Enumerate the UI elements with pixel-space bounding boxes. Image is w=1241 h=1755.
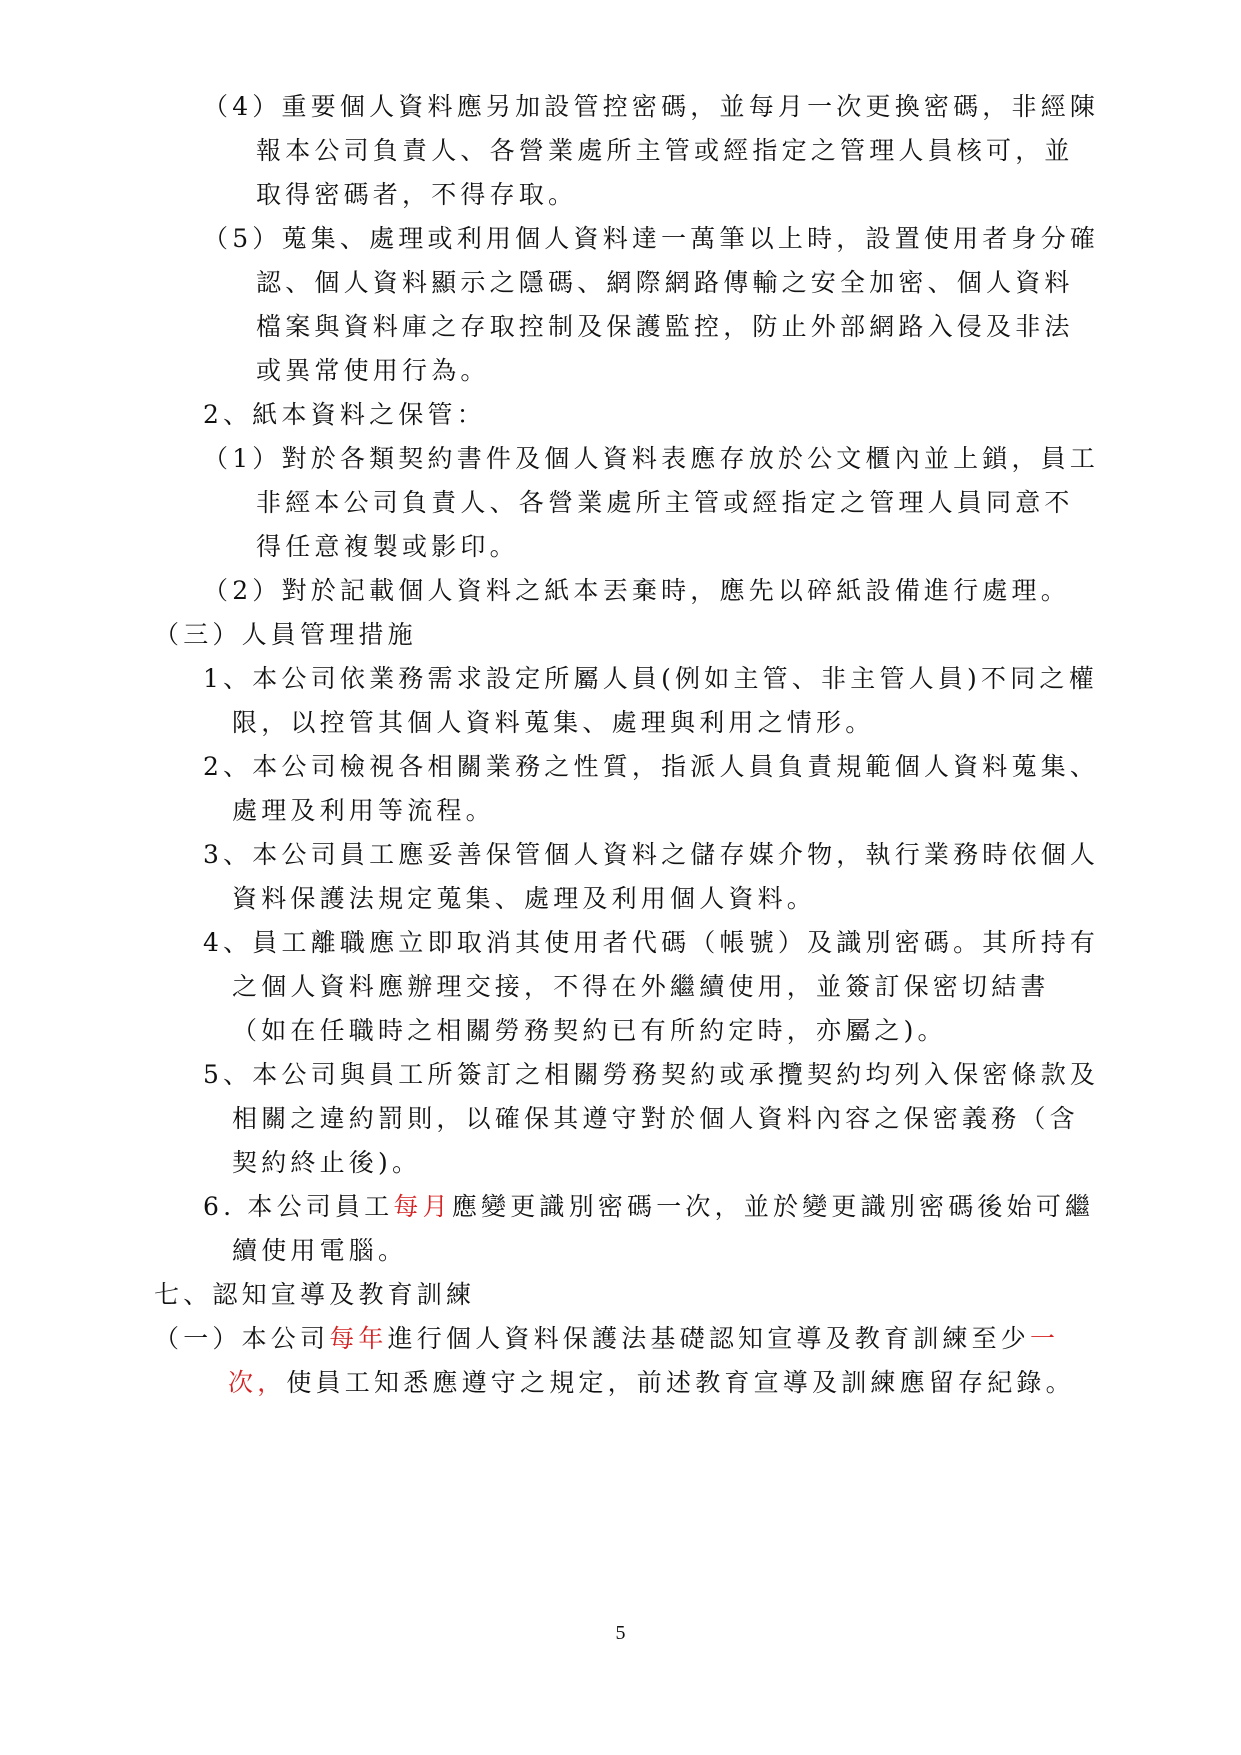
staff-item-6-line-1: 6. 本公司員工每月應變更識別密碼一次，並於變更識別密碼後始可繼: [203, 1192, 1094, 1222]
chapter-7-heading: 七、認知宣導及教育訓練: [154, 1280, 475, 1310]
page-number: 5: [0, 1622, 1241, 1645]
section-2-heading: 2、紙本資料之保管：: [203, 400, 486, 430]
item-5-line-4: 或異常使用行為。: [256, 356, 490, 386]
staff-item-2-line-1: 2、本公司檢視各相關業務之性質，指派人員負責規範個人資料蒐集、: [203, 752, 1099, 782]
paper-item-1-line-2: 非經本公司負責人、各營業處所主管或經指定之管理人員同意不: [256, 488, 1074, 518]
staff-item-5-line-2: 相關之違約罰則，以確保其遵守對於個人資料內容之保密義務（含: [232, 1104, 1079, 1134]
item-4-line-1: （4）重要個人資料應另加設管控密碼，並每月一次更換密碼，非經陳: [203, 92, 1099, 122]
paper-item-1-line-1: （1）對於各類契約書件及個人資料表應存放於公文櫃內並上鎖，員工: [203, 444, 1099, 474]
staff-item-4-line-1: 4、員工離職應立即取消其使用者代碼（帳號）及識別密碼。其所持有: [203, 928, 1099, 958]
document-page: （4）重要個人資料應另加設管控密碼，並每月一次更換密碼，非經陳 報本公司負責人、…: [0, 0, 1241, 1755]
text-segment: 應變更識別密碼一次，並於變更識別密碼後始可繼: [452, 1192, 1094, 1221]
highlight-once: 一: [1030, 1324, 1059, 1353]
highlight-monthly: 每月: [393, 1192, 451, 1221]
item-5-line-3: 檔案與資料庫之存取控制及保護監控，防止外部網路入侵及非法: [256, 312, 1074, 342]
text-segment: 使員工知悉應遵守之規定，前述教育宣導及訓練應留存紀錄。: [286, 1368, 1074, 1397]
text-segment: 進行個人資料保護法基礎認知宣導及教育訓練至少: [388, 1324, 1030, 1353]
section-3-heading: （三）人員管理措施: [154, 620, 417, 650]
staff-item-3-line-2: 資料保護法規定蒐集、處理及利用個人資料。: [232, 884, 816, 914]
staff-item-1-line-2: 限，以控管其個人資料蒐集、處理與利用之情形。: [232, 708, 874, 738]
training-item-1-line-2: 次，使員工知悉應遵守之規定，前述教育宣導及訓練應留存紀錄。: [228, 1368, 1075, 1398]
staff-item-4-line-2: 之個人資料應辦理交接，不得在外繼續使用，並簽訂保密切結書: [232, 972, 1050, 1002]
item-5-line-2: 認、個人資料顯示之隱碼、網際網路傳輸之安全加密、個人資料: [256, 268, 1074, 298]
staff-item-5-line-3: 契約終止後)。: [232, 1148, 421, 1178]
staff-item-2-line-2: 處理及利用等流程。: [232, 796, 495, 826]
staff-item-1-line-1: 1、本公司依業務需求設定所屬人員(例如主管、非主管人員)不同之權: [203, 664, 1098, 694]
text-segment: （一）本公司: [154, 1324, 329, 1353]
item-5-line-1: （5）蒐集、處理或利用個人資料達一萬筆以上時，設置使用者身分確: [203, 224, 1099, 254]
highlight-yearly: 每年: [329, 1324, 387, 1353]
item-4-line-2: 報本公司負責人、各營業處所主管或經指定之管理人員核可，並: [256, 136, 1074, 166]
staff-item-5-line-1: 5、本公司與員工所簽訂之相關勞務契約或承攬契約均列入保密條款及: [203, 1060, 1099, 1090]
staff-item-4-line-3: （如在任職時之相關勞務契約已有所約定時，亦屬之)。: [232, 1016, 947, 1046]
staff-item-6-line-2: 續使用電腦。: [232, 1236, 407, 1266]
staff-item-3-line-1: 3、本公司員工應妥善保管個人資料之儲存媒介物，執行業務時依個人: [203, 840, 1099, 870]
text-segment: 6. 本公司員工: [203, 1192, 393, 1221]
item-4-line-3: 取得密碼者，不得存取。: [256, 180, 577, 210]
paper-item-1-line-3: 得任意複製或影印。: [256, 532, 519, 562]
highlight-once-cont: 次，: [228, 1368, 286, 1397]
training-item-1-line-1: （一）本公司每年進行個人資料保護法基礎認知宣導及教育訓練至少一: [154, 1324, 1059, 1354]
paper-item-2-line-1: （2）對於記載個人資料之紙本丟棄時，應先以碎紙設備進行處理。: [203, 576, 1070, 606]
